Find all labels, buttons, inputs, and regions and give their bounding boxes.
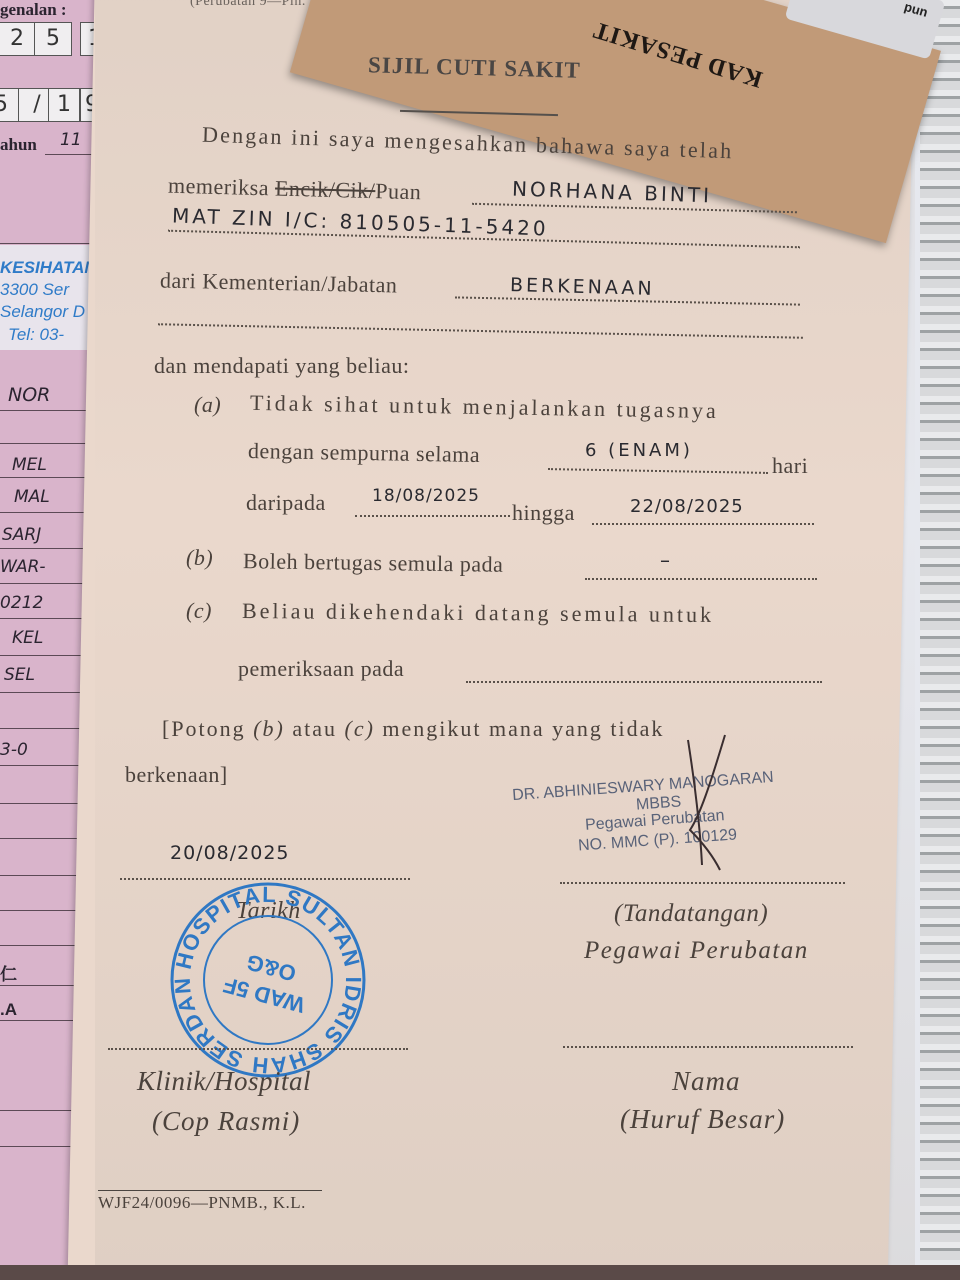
ministry-value: BERKENAAN bbox=[510, 274, 655, 300]
item-b-label: Boleh bertugas semula pada bbox=[243, 548, 504, 578]
name-label: Nama bbox=[672, 1066, 741, 1097]
struck-titles: Encik/Cik/ bbox=[275, 175, 376, 203]
pink-entry: MAL bbox=[14, 487, 50, 507]
days-suffix: hari bbox=[772, 453, 808, 479]
under-paper-edge bbox=[0, 1265, 960, 1280]
pink-header-label: genalan : bbox=[0, 0, 67, 20]
pink-box: 2 bbox=[0, 22, 36, 56]
pink-stamp-line: KESIHATAN bbox=[0, 258, 97, 278]
pink-entry: 3-0 bbox=[0, 740, 28, 760]
sick-days-value: 6 (ENAM) bbox=[585, 440, 693, 461]
pink-stamp-line: Selangor D bbox=[0, 302, 85, 322]
from-label: daripada bbox=[246, 490, 326, 516]
item-c-line2-label: pemeriksaan pada bbox=[238, 656, 404, 682]
pink-entry: 0212 bbox=[0, 593, 43, 613]
footer-rule bbox=[98, 1190, 322, 1191]
pink-entry: WAR- bbox=[0, 557, 46, 577]
certificate-title: SIJIL CUTI SAKIT bbox=[368, 52, 581, 84]
from-date-value: 18/08/2025 bbox=[372, 486, 480, 506]
pink-entry: KEL bbox=[12, 628, 43, 648]
pink-stamp-line: Tel: 03- bbox=[8, 325, 64, 345]
signature-label: (Tandatangan) bbox=[614, 900, 768, 928]
pink-box: 1 bbox=[48, 88, 80, 122]
pink-box: 5 bbox=[0, 88, 20, 122]
clinic-sublabel: (Cop Rasmi) bbox=[152, 1106, 300, 1137]
pink-box: 5 bbox=[34, 22, 72, 56]
header-fragment: (Perubatan 9—Pin. 1 bbox=[190, 0, 317, 10]
item-c-line1: Beliau dikehendaki datang semula untuk bbox=[242, 598, 714, 628]
to-date-value: 22/08/2025 bbox=[630, 496, 744, 517]
pink-entry: .A bbox=[0, 1000, 17, 1020]
pink-entry: NOR bbox=[8, 384, 50, 406]
item-a-marker: (a) bbox=[194, 392, 221, 418]
date-value: 20/08/2025 bbox=[170, 842, 290, 864]
item-c-marker: (c) bbox=[186, 598, 212, 624]
pink-entry: SARJ bbox=[2, 525, 41, 545]
item-b-value: – bbox=[660, 548, 673, 572]
pink-tahun-value: 11 bbox=[60, 130, 82, 150]
instruction-line1: [Potong (b) atau (c) mengikut mana yang … bbox=[162, 716, 664, 742]
pink-entry: 仁 bbox=[0, 960, 17, 985]
item-b-marker: (b) bbox=[186, 545, 213, 571]
to-label: hingga bbox=[512, 500, 575, 526]
name-sublabel: (Huruf Besar) bbox=[620, 1104, 785, 1135]
pink-entry: MEL bbox=[12, 455, 47, 475]
form-code: WJF24/0096—PNMB., K.L. bbox=[98, 1193, 306, 1213]
ministry-label: dari Kementerian/Jabatan bbox=[160, 268, 398, 299]
pink-stamp-line: 3300 Ser bbox=[0, 280, 69, 300]
instruction-line2: berkenaan] bbox=[125, 762, 228, 788]
title-kept: Puan bbox=[375, 178, 422, 204]
pink-entry: SEL bbox=[4, 665, 35, 685]
signature-role: Pegawai Perubatan bbox=[584, 937, 809, 965]
hospital-stamp: HOSPITAL SULTAN IDRIS SHAH SERDANG ★ WAD… bbox=[168, 880, 368, 1080]
item-a-line2-label: dengan sempurna selama bbox=[248, 438, 481, 468]
pink-tahun-label: ahun bbox=[0, 135, 37, 155]
finding-intro: dan mendapati yang beliau: bbox=[154, 353, 410, 379]
clinic-label: Klinik/Hospital bbox=[137, 1066, 311, 1097]
doctor-signature bbox=[660, 725, 750, 875]
